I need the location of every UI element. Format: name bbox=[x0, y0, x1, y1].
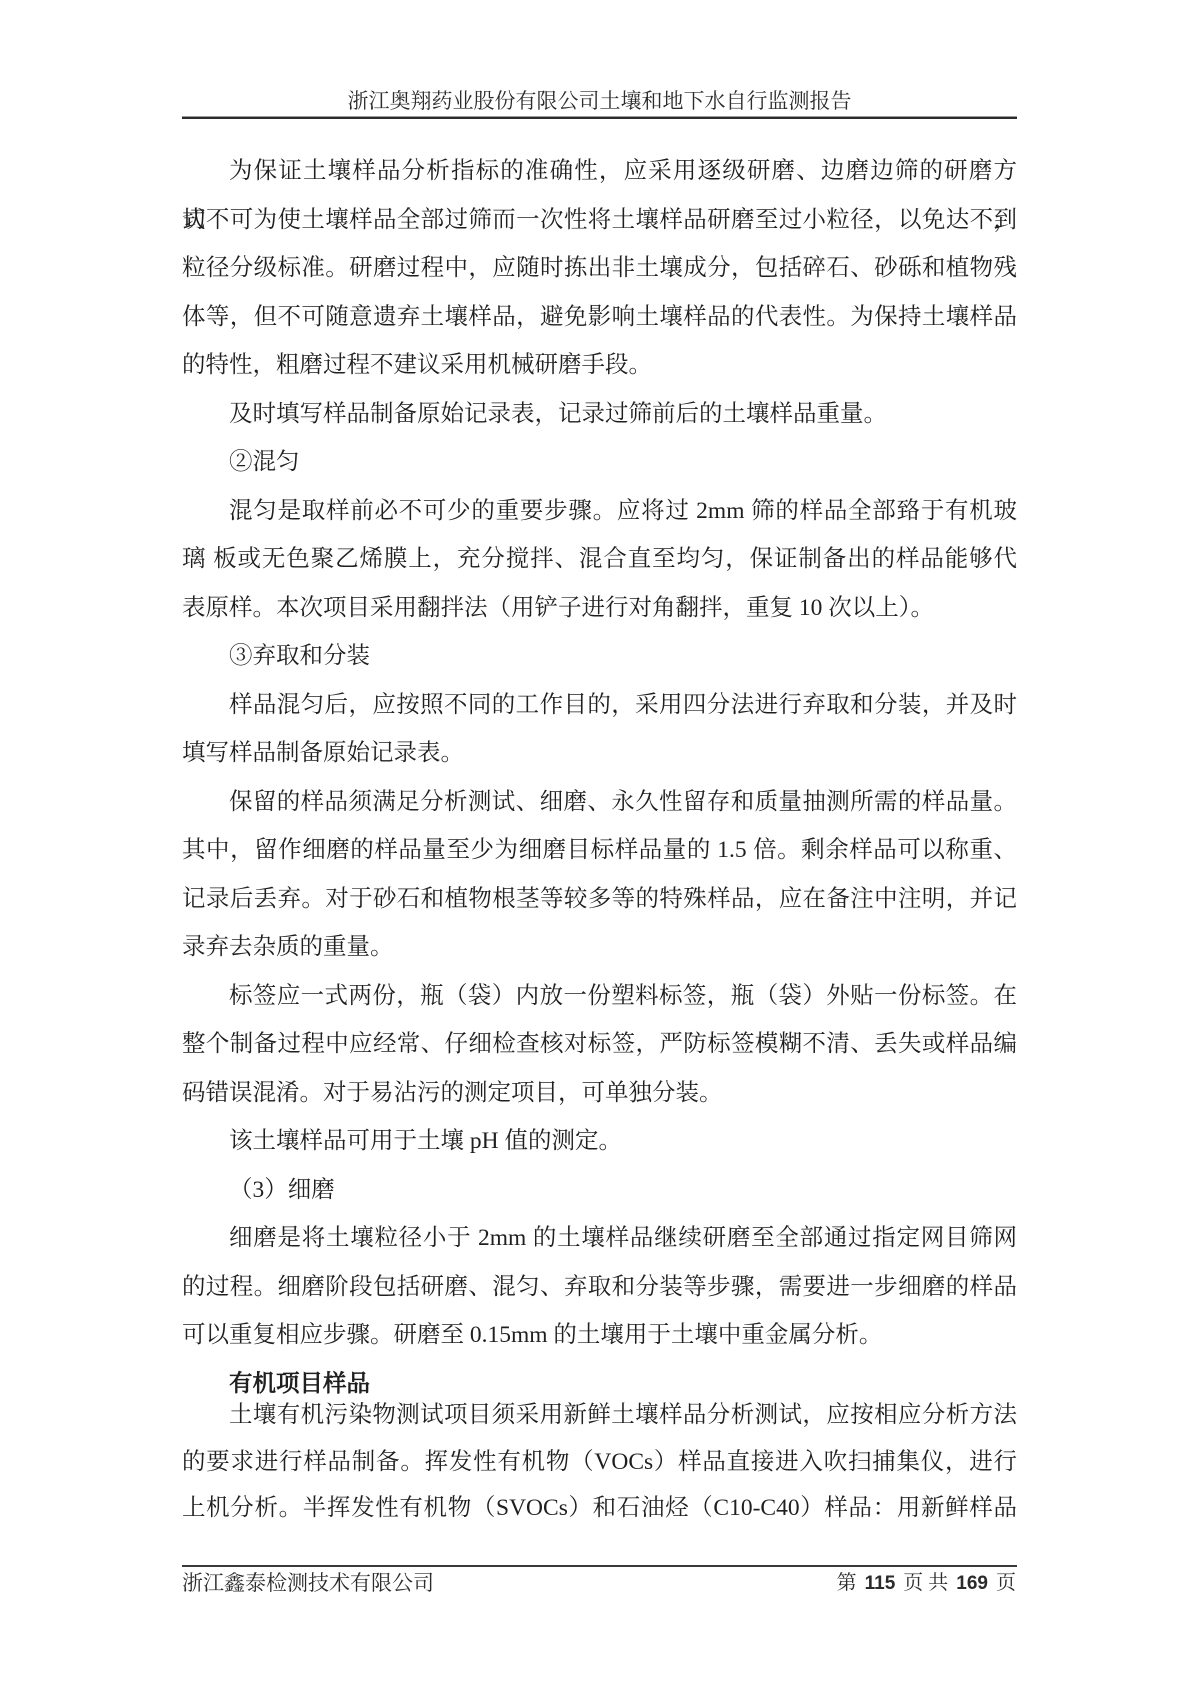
text-line: 土壤有机污染物测试项目须采用新鲜土壤样品分析测试，应按相应分析方法 bbox=[182, 1392, 1017, 1439]
text-line: 体等，但不可随意遗弃土壤样品，避免影响土壤样品的代表性。为保持土壤样品 bbox=[182, 293, 1017, 342]
page-label-suffix: 页 bbox=[996, 1572, 1016, 1594]
document-page: 浙江奥翔药业股份有限公司土壤和地下水自行监测报告 为保证土壤样品分析指标的准确性… bbox=[0, 0, 1199, 1696]
footer-rule bbox=[182, 1565, 1017, 1567]
text-line: 标签应一式两份，瓶（袋）内放一份塑料标签，瓶（袋）外贴一份标签。在 bbox=[182, 972, 1017, 1021]
text-line: 录弃去杂质的重量。 bbox=[182, 923, 1017, 972]
text-line: 的特性，粗磨过程不建议采用机械研磨手段。 bbox=[182, 341, 1017, 390]
text-line: （3）细磨 bbox=[182, 1166, 1017, 1215]
text-line: 表原样。本次项目采用翻拌法（用铲子进行对角翻拌，重复 10 次以上）。 bbox=[182, 584, 1017, 633]
text-line: 其中，留作细磨的样品量至少为细磨目标样品量的 1.5 倍。剩余样品可以称重、 bbox=[182, 826, 1017, 875]
text-line: 混匀是取样前必不可少的重要步骤。应将过 2mm 筛的样品全部臵于有机玻 bbox=[182, 487, 1017, 536]
text-line: 该土壤样品可用于土壤 pH 值的测定。 bbox=[182, 1117, 1017, 1166]
text-line: 记录后丢弃。对于砂石和植物根茎等较多等的特殊样品，应在备注中注明，并记 bbox=[182, 875, 1017, 924]
footer-page-label: 第115页 共169页 bbox=[836, 1570, 1017, 1597]
page-header-title: 浙江奥翔药业股份有限公司土壤和地下水自行监测报告 bbox=[182, 88, 1017, 114]
text-line: 保留的样品须满足分析测试、细磨、永久性留存和质量抽测所需的样品量。 bbox=[182, 778, 1017, 827]
footer-company: 浙江鑫泰检测技术有限公司 bbox=[182, 1570, 434, 1596]
text-line: 填写样品制备原始记录表。 bbox=[182, 729, 1017, 778]
text-line: 及时填写样品制备原始记录表，记录过筛前后的土壤样品重量。 bbox=[182, 390, 1017, 439]
text-line: 细磨是将土壤粒径小于 2mm 的土壤样品继续研磨至全部通过指定网目筛网 bbox=[182, 1214, 1017, 1263]
page-number-total: 169 bbox=[956, 1573, 988, 1594]
document-lines: 为保证土壤样品分析指标的准确性，应采用逐级研磨、边磨边筛的研磨方式，切不可为使土… bbox=[182, 147, 1017, 1532]
page-number-current: 115 bbox=[865, 1573, 896, 1594]
text-line: 粒径分级标准。研磨过程中，应随时拣出非土壤成分，包括碎石、砂砾和植物残 bbox=[182, 244, 1017, 293]
text-line: 上机分析。半挥发性有机物（SVOCs）和石油烃（C10-C40）样品：用新鲜样品 bbox=[182, 1485, 1017, 1532]
header-rule bbox=[182, 116, 1017, 119]
page-label-mid: 页 共 bbox=[903, 1572, 948, 1594]
text-line: ③弃取和分装 bbox=[182, 632, 1017, 681]
text-line: 码错误混淆。对于易沾污的测定项目，可单独分装。 bbox=[182, 1069, 1017, 1118]
text-line: 切不可为使土壤样品全部过筛而一次性将土壤样品研磨至过小粒径，以免达不到 bbox=[182, 196, 1017, 245]
text-line: 整个制备过程中应经常、仔细检查核对标签，严防标签模糊不清、丢失或样品编 bbox=[182, 1020, 1017, 1069]
text-line: 样品混匀后，应按照不同的工作目的，采用四分法进行弃取和分装，并及时 bbox=[182, 681, 1017, 730]
text-line: 璃 板或无色聚乙烯膜上，充分搅拌、混合直至均匀，保证制备出的样品能够代 bbox=[182, 535, 1017, 584]
page-label-prefix: 第 bbox=[837, 1572, 857, 1594]
text-line: 可以重复相应步骤。研磨至 0.15mm 的土壤用于土壤中重金属分析。 bbox=[182, 1311, 1017, 1360]
text-line: ②混匀 bbox=[182, 438, 1017, 487]
text-line: 为保证土壤样品分析指标的准确性，应采用逐级研磨、边磨边筛的研磨方式， bbox=[182, 147, 1017, 196]
text-line: 的要求进行样品制备。挥发性有机物（VOCs）样品直接进入吹扫捕集仪，进行 bbox=[182, 1439, 1017, 1486]
text-line: 的过程。细磨阶段包括研磨、混匀、弃取和分装等步骤，需要进一步细磨的样品 bbox=[182, 1263, 1017, 1312]
